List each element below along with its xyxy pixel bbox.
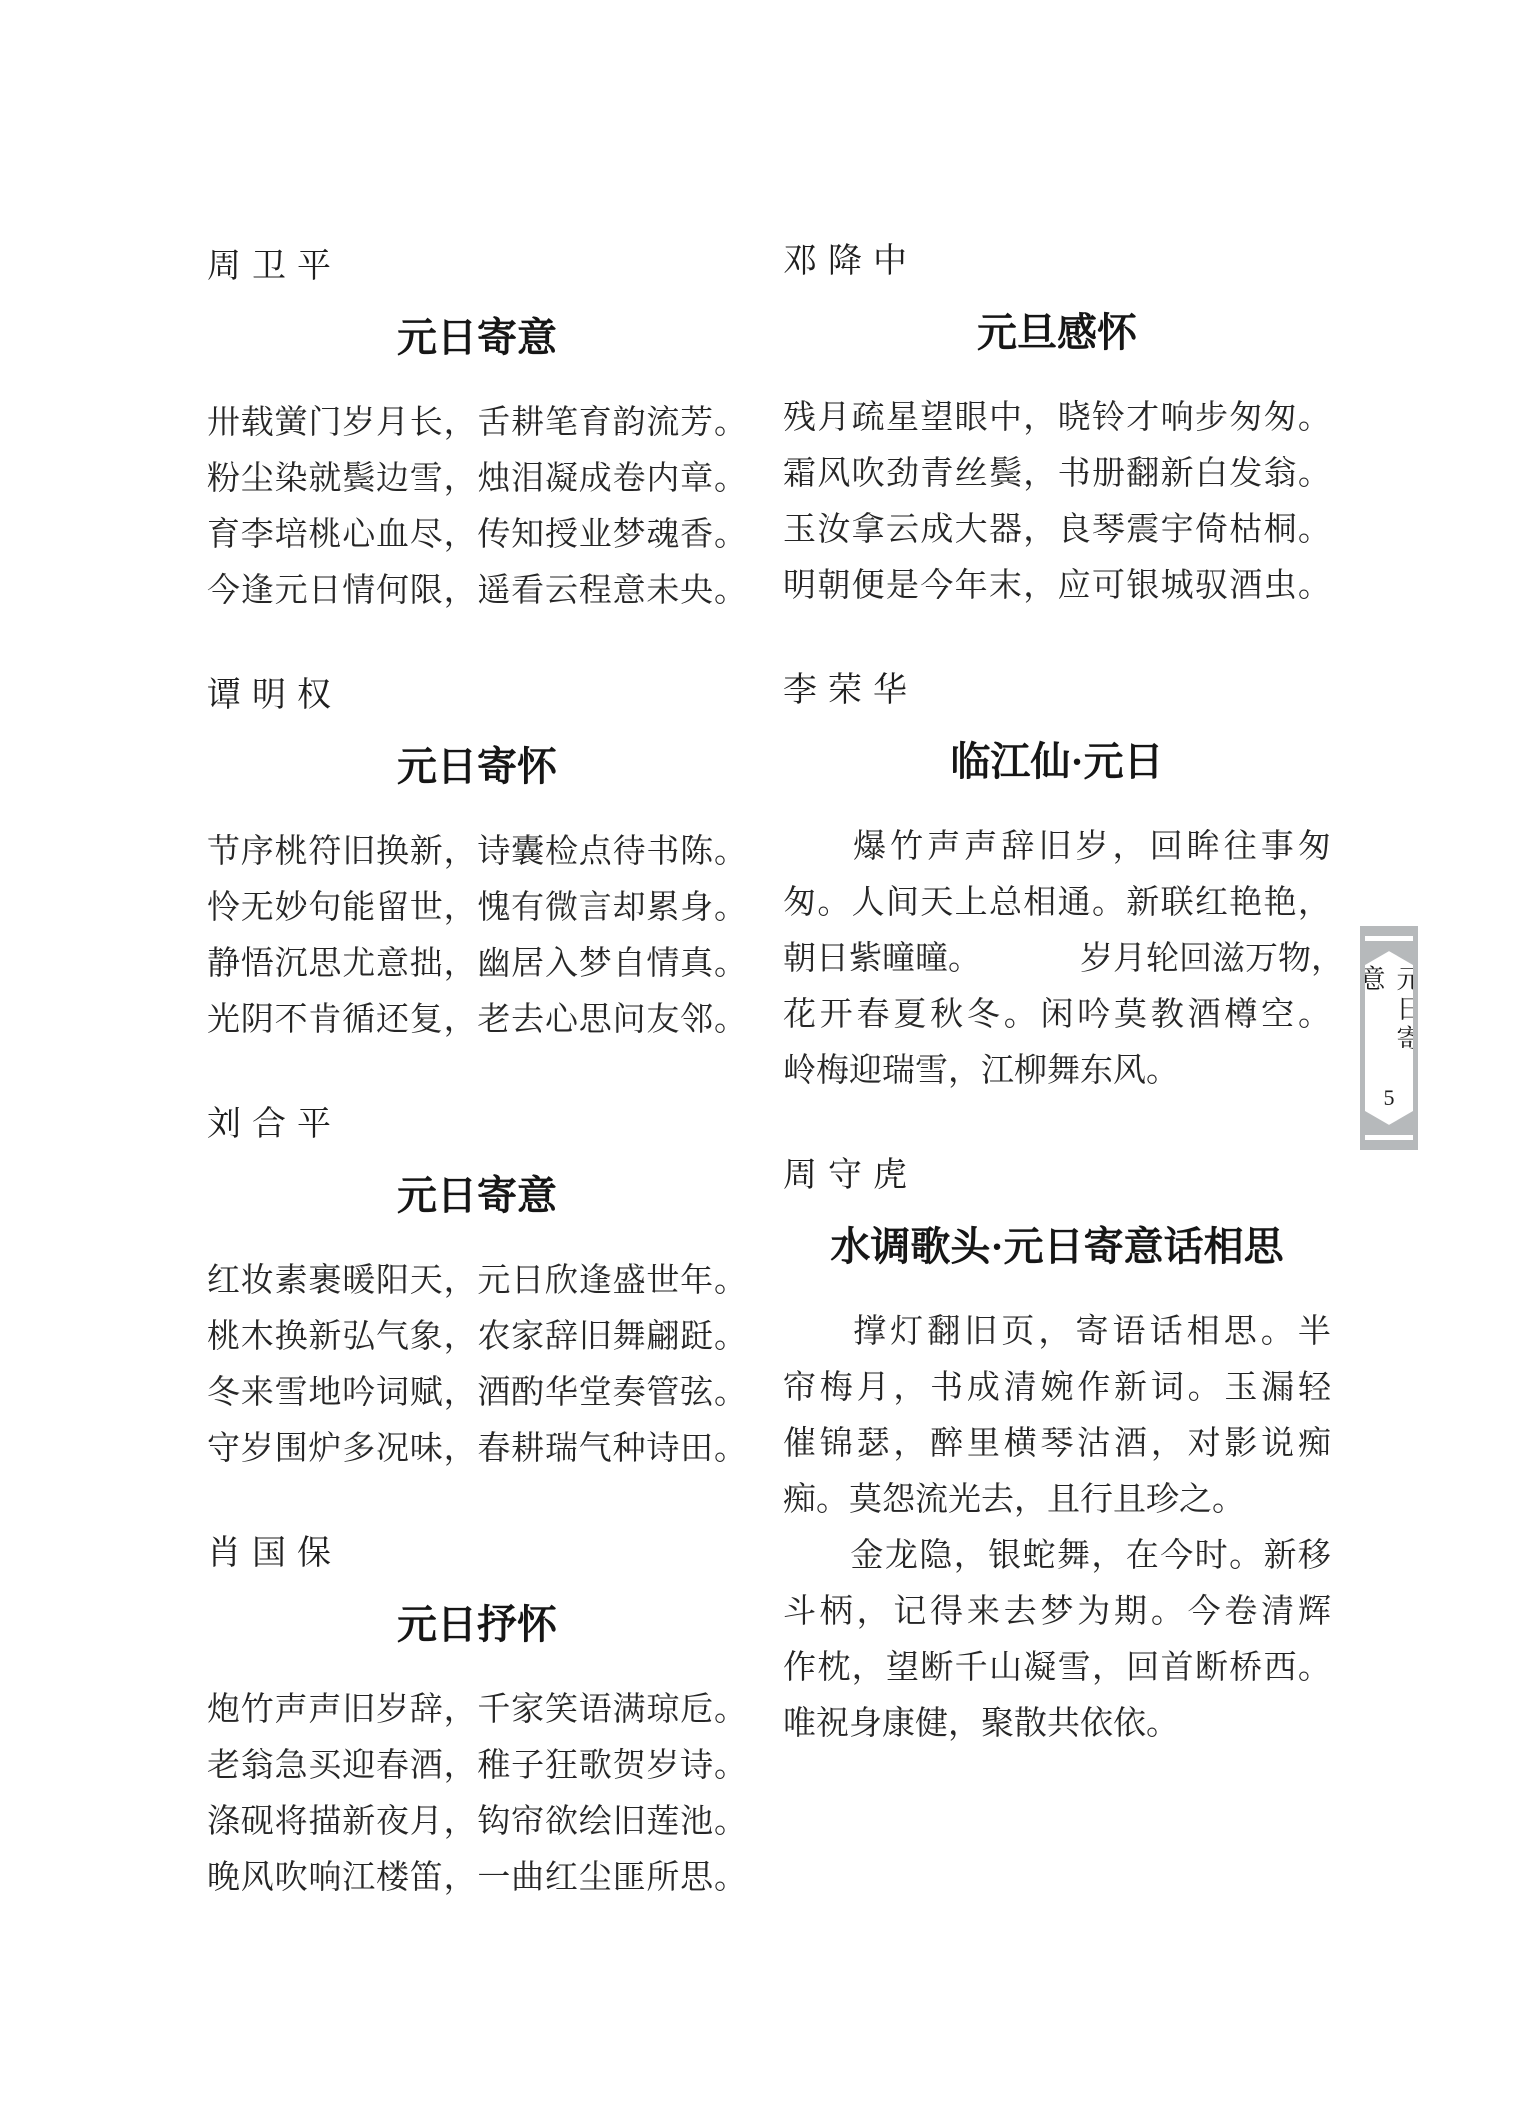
poem-line: 匆。人间天上总相通。新联红艳艳，	[783, 875, 1331, 931]
poem: 周守虎 水调歌头·元日寄意话相思 撑灯翻旧页，寄语话相思。半 帘梅月，书成清婉作…	[783, 1154, 1331, 1752]
poem-line: 红妆素裹暖阳天，元日欣逢盛世年。	[207, 1253, 747, 1309]
poem-author: 周守虎	[783, 1154, 1331, 1198]
page-number: 5	[1384, 1085, 1395, 1111]
poem-author: 刘合平	[207, 1103, 747, 1147]
poem-line: 撑灯翻旧页，寄语话相思。半	[783, 1304, 1331, 1360]
poem-author: 邓降中	[783, 240, 1331, 284]
poem-line: 晚风吹响江楼笛，一曲红尘匪所思。	[207, 1850, 747, 1906]
ribbon-bottom-bar	[1365, 1140, 1413, 1150]
poem-line: 节序桃符旧换新，诗囊检点待书陈。	[207, 824, 747, 880]
poem: 李荣华 临江仙·元日 爆竹声声辞旧岁，回眸往事匆 匆。人间天上总相通。新联红艳艳…	[783, 669, 1331, 1099]
poem-line: 花开春夏秋冬。闲吟莫教酒樽空。	[783, 987, 1331, 1043]
poem-title: 元日寄意	[207, 313, 747, 363]
stanza: 金龙隐，银蛇舞，在今时。新移 斗柄，记得来去梦为期。今卷清辉 作枕，望断千山凝雪…	[783, 1528, 1331, 1752]
poem-author: 李荣华	[783, 669, 1331, 713]
poem-line: 催锦瑟，醉里横琴沽酒，对影说痴	[783, 1416, 1331, 1472]
poem-author: 谭明权	[207, 674, 747, 718]
poem-title: 元日抒怀	[207, 1600, 747, 1650]
ribbon-top-bar	[1365, 926, 1413, 936]
poem-line: 桃木换新弘气象，农家辞旧舞翩跹。	[207, 1309, 747, 1365]
poem-line: 守岁围炉多况味，春耕瑞气种诗田。	[207, 1421, 747, 1477]
poem: 刘合平 元日寄意 红妆素裹暖阳天，元日欣逢盛世年。 桃木换新弘气象，农家辞旧舞翩…	[207, 1103, 747, 1477]
book-page: 周卫平 元日寄意 卅载黉门岁月长，舌耕笔育韵流芳。 粉尘染就鬓边雪，烛泪凝成卷内…	[0, 0, 1525, 2115]
poem-line: 岭梅迎瑞雪，江柳舞东风。	[783, 1043, 1331, 1099]
ribbon-notch-top	[1365, 941, 1413, 965]
ribbon-text-area: 元日寄意 5	[1365, 965, 1413, 1111]
poem-author: 肖国保	[207, 1532, 747, 1576]
poem-title: 元旦感怀	[783, 308, 1331, 358]
poem-line: 卅载黉门岁月长，舌耕笔育韵流芳。	[207, 395, 747, 451]
poem-line: 爆竹声声辞旧岁，回眸往事匆	[783, 819, 1331, 875]
poem-line: 霜风吹劲青丝鬓，书册翻新白发翁。	[783, 446, 1331, 502]
poem-title: 临江仙·元日	[783, 737, 1331, 787]
poem-line: 怜无妙句能留世，愧有微言却累身。	[207, 880, 747, 936]
poem-title: 水调歌头·元日寄意话相思	[783, 1222, 1331, 1272]
poem-line: 帘梅月，书成清婉作新词。玉漏轻	[783, 1360, 1331, 1416]
poem-line: 冬来雪地吟词赋，酒酌华堂奏管弦。	[207, 1365, 747, 1421]
poem-line: 作枕，望断千山凝雪，回首断桥西。	[783, 1640, 1331, 1696]
poem-line: 金龙隐，银蛇舞，在今时。新移	[783, 1528, 1331, 1584]
poem-line: 老翁急买迎春酒，稚子狂歌贺岁诗。	[207, 1738, 747, 1794]
poem-line: 光阴不肯循还复，老去心思问友邻。	[207, 992, 747, 1048]
stanza: 撑灯翻旧页，寄语话相思。半 帘梅月，书成清婉作新词。玉漏轻 催锦瑟，醉里横琴沽酒…	[783, 1304, 1331, 1528]
poem-title: 元日寄怀	[207, 742, 747, 792]
poem-line: 斗柄，记得来去梦为期。今卷清辉	[783, 1584, 1331, 1640]
section-title-vertical: 元日寄意	[1365, 965, 1413, 1081]
poem-line: 唯祝身康健，聚散共依依。	[783, 1696, 1331, 1752]
left-column: 周卫平 元日寄意 卅载黉门岁月长，舌耕笔育韵流芳。 粉尘染就鬓边雪，烛泪凝成卷内…	[207, 245, 747, 1961]
poem-author: 周卫平	[207, 245, 747, 289]
ribbon-notch-bottom	[1365, 1111, 1413, 1135]
poem: 周卫平 元日寄意 卅载黉门岁月长，舌耕笔育韵流芳。 粉尘染就鬓边雪，烛泪凝成卷内…	[207, 245, 747, 619]
poem-title: 元日寄意	[207, 1171, 747, 1221]
poem-line: 残月疏星望眼中，晓铃才响步匆匆。	[783, 390, 1331, 446]
poem: 肖国保 元日抒怀 炮竹声声旧岁辞，千家笑语满琼卮。 老翁急买迎春酒，稚子狂歌贺岁…	[207, 1532, 747, 1906]
poem: 邓降中 元旦感怀 残月疏星望眼中，晓铃才响步匆匆。 霜风吹劲青丝鬓，书册翻新白发…	[783, 240, 1331, 614]
poem-line: 今逢元日情何限，遥看云程意未央。	[207, 563, 747, 619]
poem-line: 粉尘染就鬓边雪，烛泪凝成卷内章。	[207, 451, 747, 507]
poem-line: 玉汝拿云成大器，良琴震宇倚枯桐。	[783, 502, 1331, 558]
poem-line: 明朝便是今年末，应可银城驭酒虫。	[783, 558, 1331, 614]
side-tab-ribbon: 元日寄意 5	[1360, 926, 1418, 1150]
poem-line: 静悟沉思尤意拙，幽居入梦自情真。	[207, 936, 747, 992]
right-column: 邓降中 元旦感怀 残月疏星望眼中，晓铃才响步匆匆。 霜风吹劲青丝鬓，书册翻新白发…	[783, 240, 1331, 1807]
poem-line: 炮竹声声旧岁辞，千家笑语满琼卮。	[207, 1682, 747, 1738]
poem-line: 涤砚将描新夜月，钩帘欲绘旧莲池。	[207, 1794, 747, 1850]
poem-line: 痴。莫怨流光去，且行且珍之。	[783, 1472, 1331, 1528]
poem-line: 朝日紫曈曈。 岁月轮回滋万物，	[783, 931, 1331, 987]
poem: 谭明权 元日寄怀 节序桃符旧换新，诗囊检点待书陈。 怜无妙句能留世，愧有微言却累…	[207, 674, 747, 1048]
poem-line: 育李培桃心血尽，传知授业梦魂香。	[207, 507, 747, 563]
